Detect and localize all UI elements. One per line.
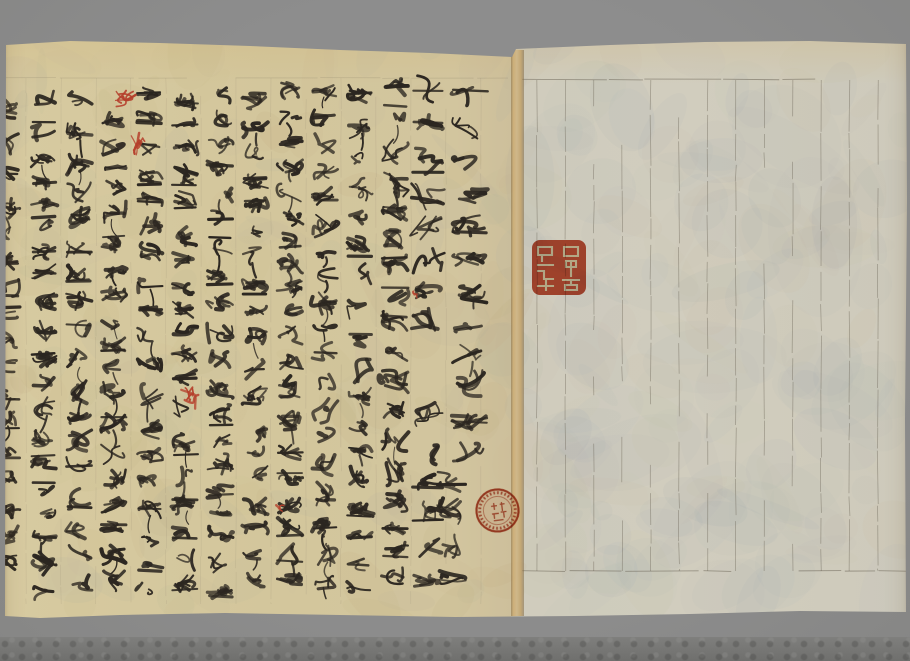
calligraphy-canvas [0,0,910,661]
manuscript-photo: Photograph of an aged Japanese handscrol… [0,0,910,661]
round-library-stamp [471,484,523,536]
round-stamp-icon [471,484,523,536]
scroll-paper [0,0,910,661]
square-collector-seal [530,238,588,297]
scanner-noise-strip [0,637,910,661]
square-seal-icon [530,238,588,297]
